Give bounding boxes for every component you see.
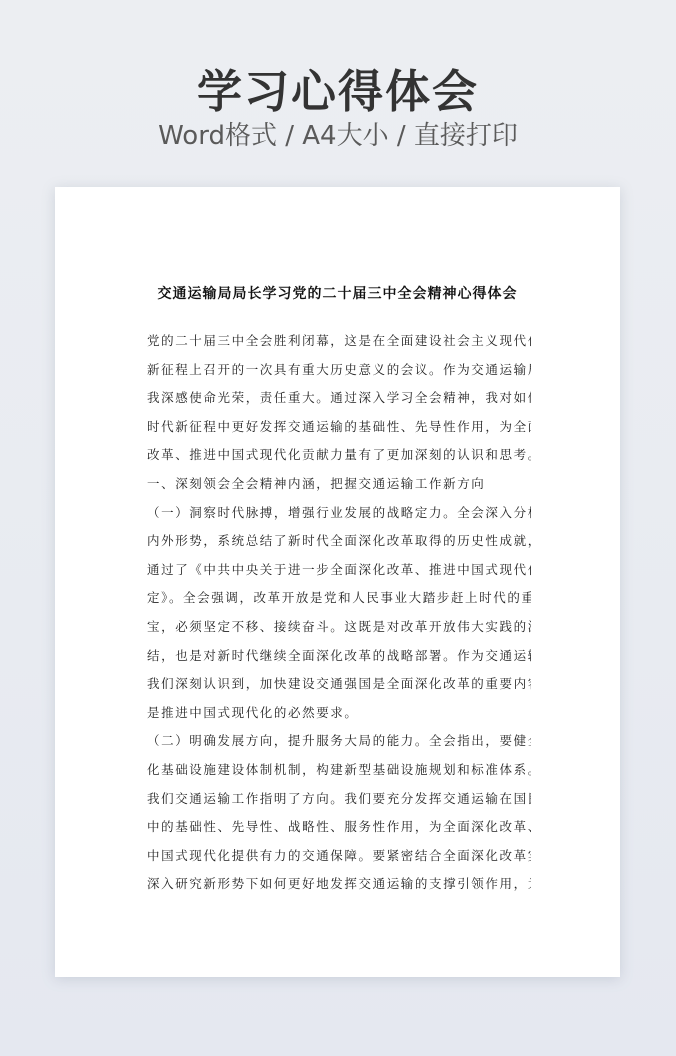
body-line: 内外形势，系统总结了新时代全面深化改革取得的历史性成就，审议 (147, 527, 531, 556)
section-heading: 一、深刻领会全会精神内涵，把握交通运输工作新方向 (147, 470, 531, 499)
body-line: 中国式现代化提供有力的交通保障。要紧密结合全面深化改革实践， (147, 842, 531, 871)
body-line: （一）洞察时代脉搏，增强行业发展的战略定力。全会深入分析了国 (147, 499, 531, 528)
body-line: 我们深刻认识到，加快建设交通强国是全面深化改革的重要内容，也 (147, 670, 531, 699)
body-line: 化基础设施建设体制机制，构建新型基础设施规划和标准体系。这为 (147, 756, 531, 785)
body-line: 深入研究新形势下如何更好地发挥交通运输的支撑引领作用，为经济 (147, 870, 531, 899)
body-line: 时代新征程中更好发挥交通运输的基础性、先导性作用，为全面深化 (147, 413, 531, 442)
body-line: 改革、推进中国式现代化贡献力量有了更加深刻的认识和思考。 (147, 441, 531, 470)
body-line: 中的基础性、先导性、战略性、服务性作用，为全面深化改革、推进 (147, 813, 531, 842)
body-line: 宝，必须坚定不移、接续奋斗。这既是对改革开放伟大实践的深刻总 (147, 613, 531, 642)
body-line: 我们交通运输工作指明了方向。我们要充分发挥交通运输在国民经济 (147, 785, 531, 814)
body-line: 结，也是对新时代继续全面深化改革的战略部署。作为交通运输部门， (147, 642, 531, 671)
hero-subtitle: Word格式 / A4大小 / 直接打印 (0, 118, 676, 154)
body-line: 我深感使命光荣，责任重大。通过深入学习全会精神，我对如何在新 (147, 384, 531, 413)
body-line: 新征程上召开的一次具有重大历史意义的会议。作为交通运输局局长， (147, 356, 531, 385)
body-line: 通过了《中共中央关于进一步全面深化改革、推进中国式现代化的决 (147, 556, 531, 585)
document-body: 党的二十届三中全会胜利闭幕，这是在全面建设社会主义现代化国家 新征程上召开的一次… (147, 327, 531, 899)
body-line: （二）明确发展方向，提升服务大局的能力。全会指出，要健全现代 (147, 727, 531, 756)
document-page: 交通运输局局长学习党的二十届三中全会精神心得体会 党的二十届三中全会胜利闭幕，这… (55, 187, 620, 977)
body-line: 定》。全会强调，改革开放是党和人民事业大踏步赶上时代的重要法 (147, 584, 531, 613)
body-line: 是推进中国式现代化的必然要求。 (147, 699, 531, 728)
hero-title: 学习心得体会 (0, 62, 676, 122)
document-title: 交通运输局局长学习党的二十届三中全会精神心得体会 (55, 283, 620, 303)
body-line: 党的二十届三中全会胜利闭幕，这是在全面建设社会主义现代化国家 (147, 327, 531, 356)
